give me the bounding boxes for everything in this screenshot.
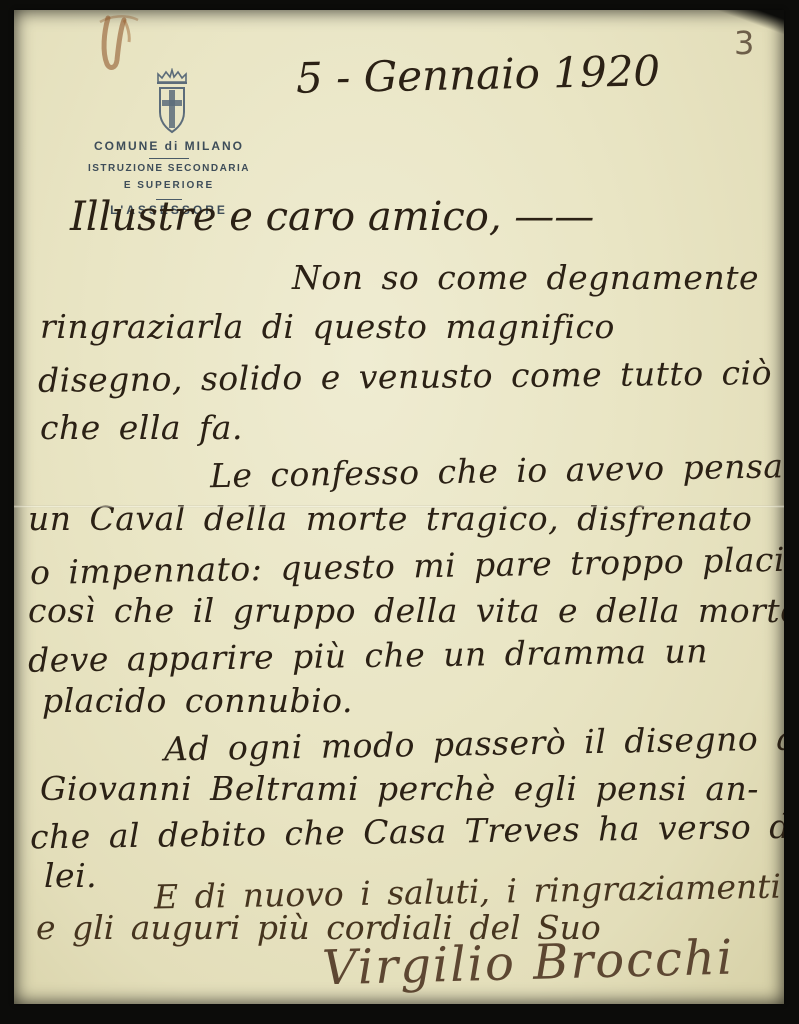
letterhead-department-line1: ISTRUZIONE SECONDARIA: [64, 163, 274, 174]
letterhead-department-line2: E SUPERIORE: [64, 180, 274, 191]
letter-date: 5 - Gennaio 1920: [296, 46, 661, 103]
letter-line: lei.: [44, 856, 97, 895]
letter-line: Non so come degnamente: [292, 258, 759, 297]
letter-line: così che il gruppo della vita e della mo…: [28, 591, 784, 630]
corner-clip: [716, 10, 784, 48]
letter-line: Ad ogni modo passerò il disegno a: [164, 718, 784, 768]
signature: Virgilio Brocchi: [321, 930, 735, 997]
letter-line: Giovanni Beltrami perchè egli pensi an-: [40, 769, 759, 808]
letter-line: che ella fa.: [40, 408, 243, 447]
letter-scan-paper: COMUNE di MILANO ISTRUZIONE SECONDARIA E…: [14, 10, 784, 1004]
letter-line: disegno, solido e venusto come tutto ciò: [38, 353, 772, 400]
letterhead-divider: [149, 158, 189, 159]
salutation: Illustre e caro amico, ——: [70, 194, 594, 240]
letter-line: deve apparire più che un dramma un: [28, 631, 709, 679]
letter-line: Le confesso che io avevo pensato: [210, 446, 784, 496]
letter-line: ringraziarla di questo magnifico: [40, 307, 615, 346]
letter-line: che al debito che Casa Treves ha verso d…: [30, 807, 784, 857]
letter-line: placido connubio.: [42, 681, 353, 720]
fold-crease: [14, 505, 784, 508]
letterhead-organization: COMUNE di MILANO: [64, 139, 274, 153]
milano-crest-icon: [148, 68, 196, 146]
letter-line: o impennato: questo mi pare troppo placi…: [30, 539, 784, 592]
